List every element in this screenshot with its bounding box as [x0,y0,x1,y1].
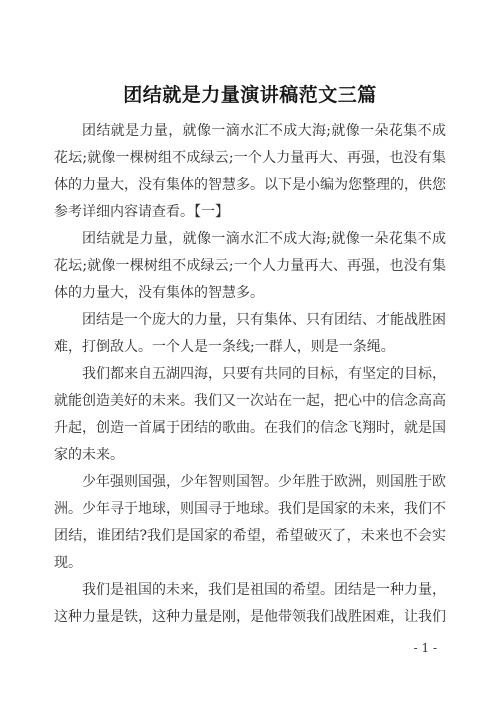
paragraph-intro: 团结就是力量，就像一滴水汇不成大海;就像一朵花集不成花坛;就像一棵树组不成绿云;… [54,118,446,226]
document-content: 团结就是力量演讲稿范文三篇 团结就是力量，就像一滴水汇不成大海;就像一朵花集不成… [54,0,446,631]
paragraph-common-goal: 我们都来自五湖四海，只要有共同的目标，有坚定的目标，就能创造美好的未来。我们又一… [54,361,446,469]
paragraph-unity-metaphor: 团结就是力量，就像一滴水汇不成大海;就像一朵花集不成花坛;就像一棵树组不成绿云;… [54,226,446,307]
document-page: 团结就是力量演讲稿范文三篇 团结就是力量，就像一滴水汇不成大海;就像一朵花集不成… [0,0,500,707]
paragraph-collective-power: 团结是一个庞大的力量，只有集体、只有团结、才能战胜困难，打倒敌人。一个人是一条线… [54,307,446,361]
paragraph-youth-strength: 少年强则国强，少年智则国智。少年胜于欧洲，则国胜于欧洲。少年寻于地球，则国寻于地… [54,469,446,577]
page-number: - 1 - [414,641,437,655]
paragraph-nation-hope: 我们是祖国的未来，我们是祖国的希望。团结是一种力量，这种力量是铁，这种力量是刚，… [54,577,446,631]
document-title: 团结就是力量演讲稿范文三篇 [54,82,446,108]
document-body: 团结就是力量，就像一滴水汇不成大海;就像一朵花集不成花坛;就像一棵树组不成绿云;… [54,118,446,631]
